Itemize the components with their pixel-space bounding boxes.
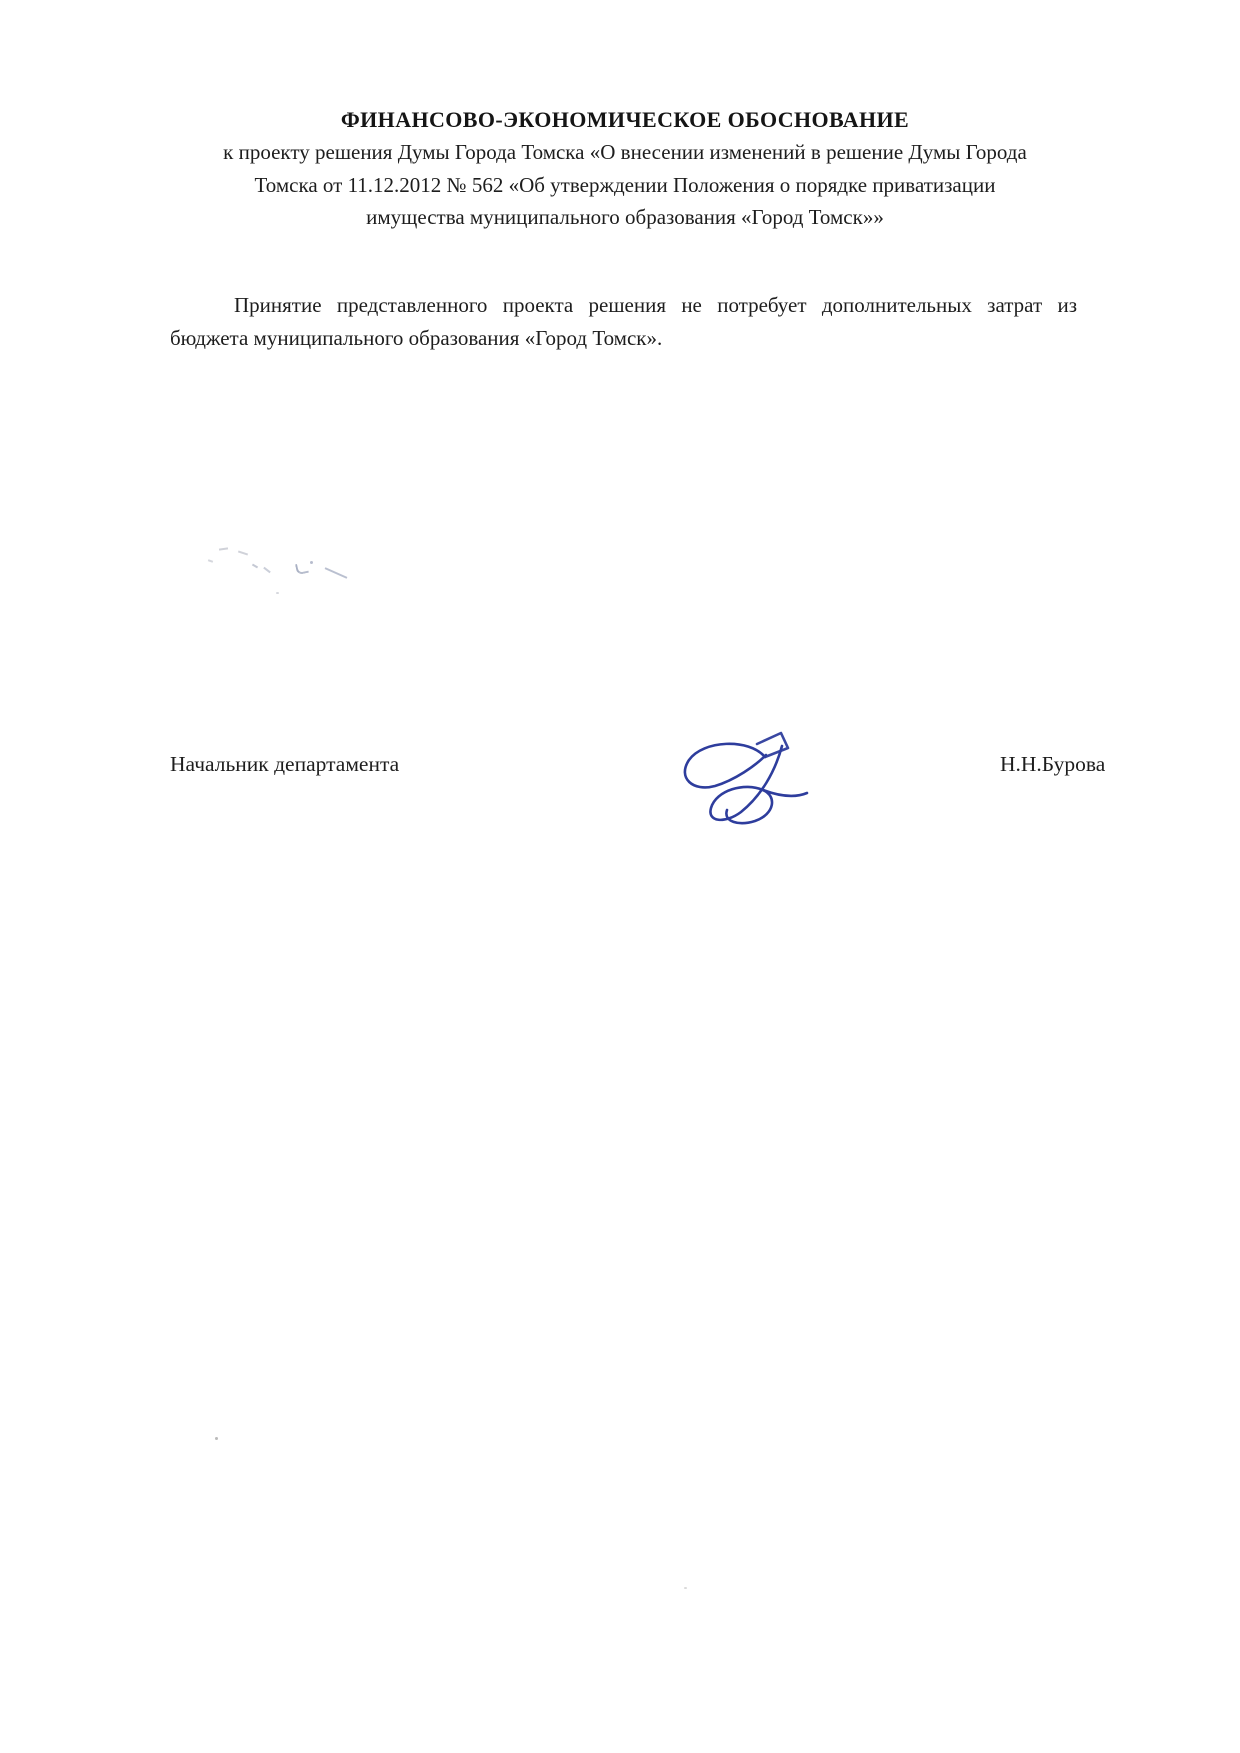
signer-position-label: Начальник департамента [170, 752, 399, 777]
scanned-document-page: ФИНАНСОВО-ЭКОНОМИЧЕСКОЕ ОБОСНОВАНИЕ к пр… [0, 0, 1240, 1753]
handwritten-signature-icon [645, 726, 815, 831]
body-paragraph: Принятие представленного проекта решения… [170, 289, 1077, 354]
document-header: ФИНАНСОВО-ЭКОНОМИЧЕСКОЕ ОБОСНОВАНИЕ к пр… [170, 103, 1080, 234]
signer-name: Н.Н.Бурова [1000, 752, 1105, 777]
document-subtitle-line-1: к проекту решения Думы Города Томска «О … [170, 136, 1080, 169]
document-subtitle-line-3: имущества муниципального образования «Го… [170, 201, 1080, 234]
document-title: ФИНАНСОВО-ЭКОНОМИЧЕСКОЕ ОБОСНОВАНИЕ [170, 103, 1080, 136]
document-subtitle-line-2: Томска от 11.12.2012 № 562 «Об утвержден… [170, 169, 1080, 202]
